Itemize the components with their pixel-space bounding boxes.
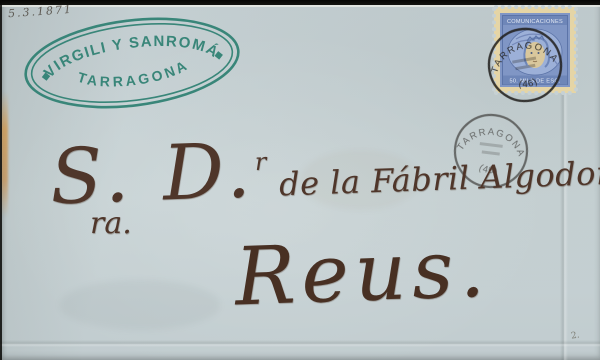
corner-pencil-mark: 2.: [570, 330, 580, 341]
svg-text:TARRAGONA: TARRAGONA: [74, 55, 193, 95]
horizontal-fold-crease: [0, 340, 600, 347]
envelope-scan: 5.3.1871 VIRGILI Y SANROMÁ TARRAGONA: [0, 0, 600, 360]
address-line-2: ra.: [90, 206, 132, 241]
postmark-on-stamp: TARRAGONA (46): [480, 20, 570, 110]
address-company: de la Fábril Algodone-: [278, 153, 600, 204]
svg-text:(46): (46): [516, 75, 540, 91]
address-destination: Reus.: [233, 222, 492, 324]
paper-stain: [60, 280, 220, 330]
postmark-date-smudge: [512, 58, 537, 69]
postmark-number-text: (46): [516, 75, 540, 91]
merchant-city-text: TARRAGONA: [74, 55, 193, 95]
salutation-superscript: r: [254, 148, 266, 176]
scan-left-edge: [0, 0, 2, 360]
aged-paper-edge: [1, 92, 8, 217]
address-salutation: S. D.r: [49, 125, 269, 222]
